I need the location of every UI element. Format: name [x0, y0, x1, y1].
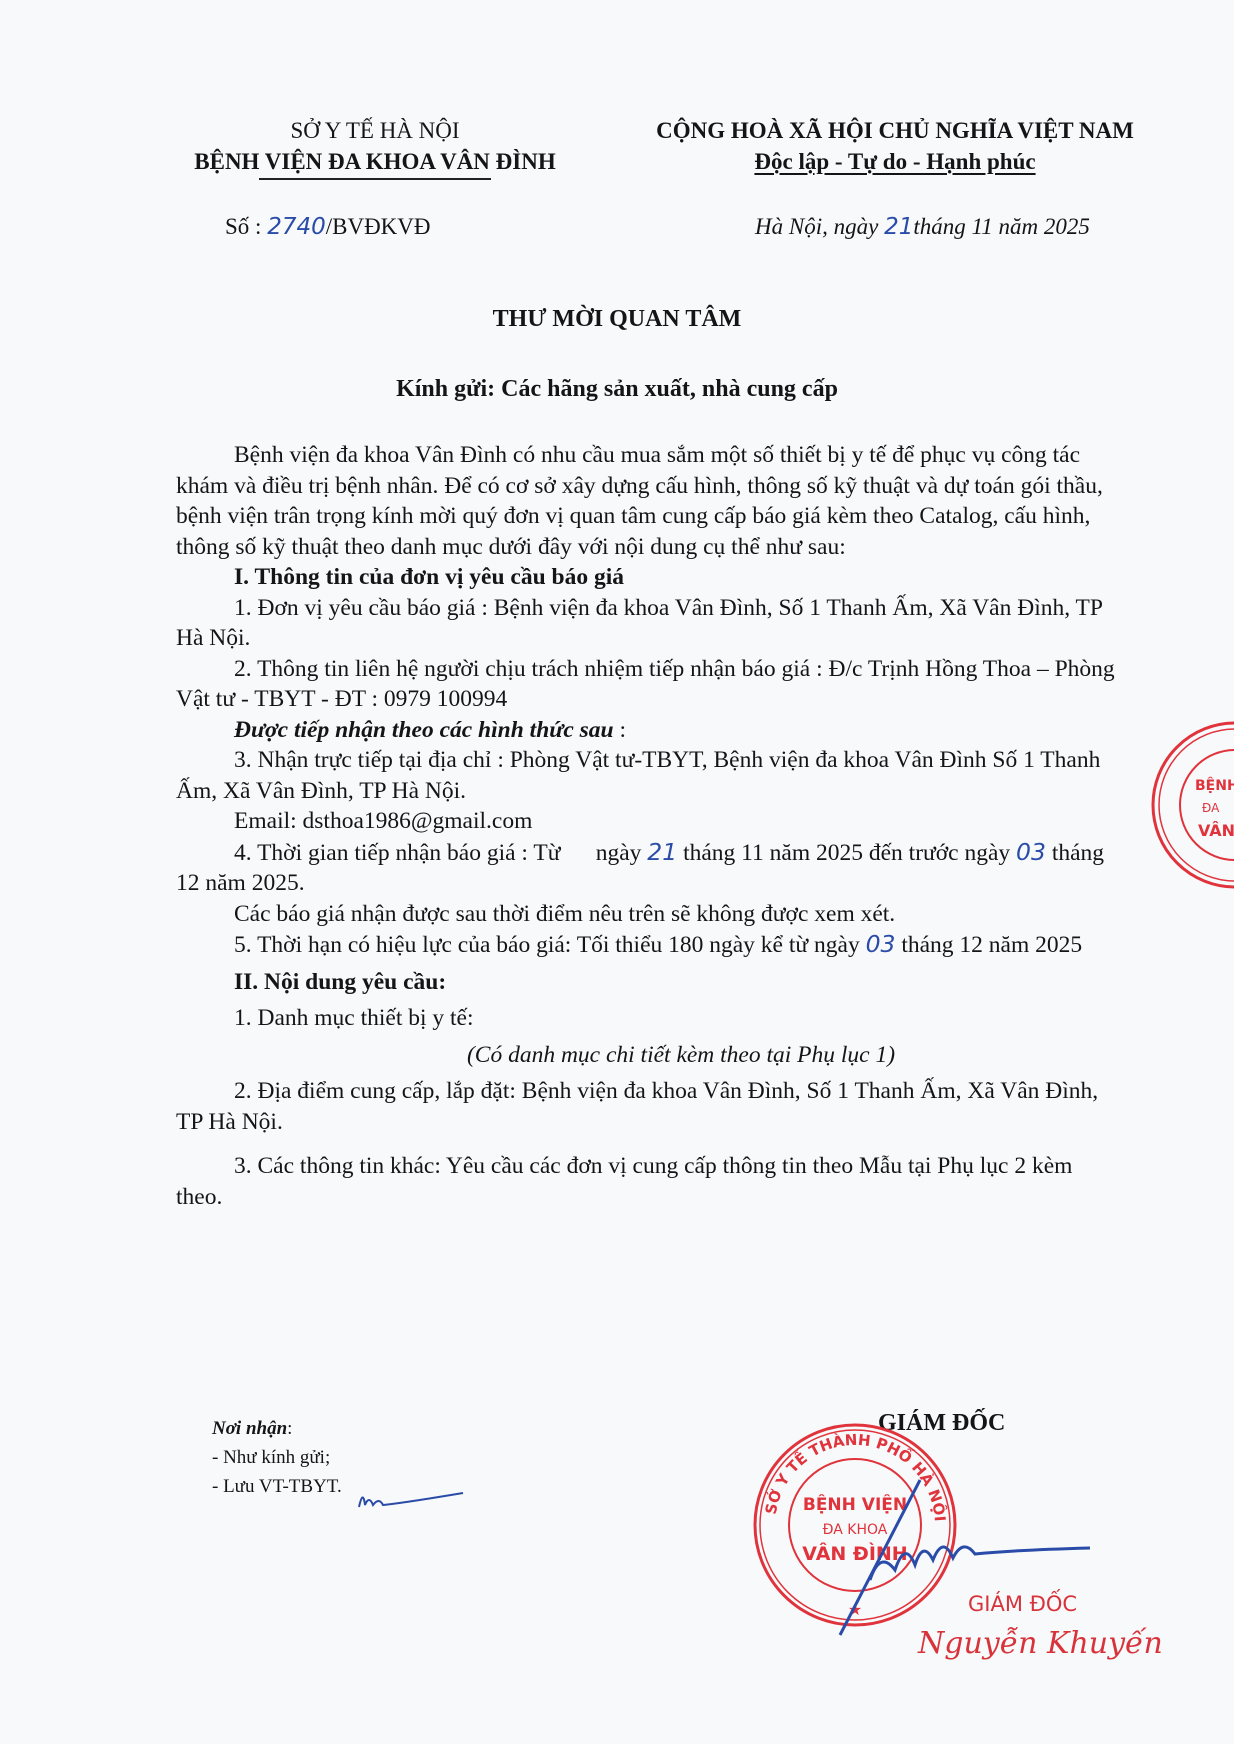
section-2-item-2: 2. Địa điểm cung cấp, lắp đặt: Bệnh viện…: [176, 1076, 1116, 1137]
national-heading: CỘNG HOÀ XÃ HỘI CHỦ NGHĨA VIỆT NAM Độc l…: [605, 116, 1185, 178]
recipients-label: Nơi nhận: [212, 1418, 287, 1439]
document-title: THƯ MỜI QUAN TÂM: [0, 306, 1234, 333]
section-1-item-2: 2. Thông tin liên hệ người chịu trách nh…: [176, 654, 1116, 715]
section-2-item-3: 3. Các thông tin khác: Yêu cầu các đơn v…: [176, 1151, 1116, 1212]
side-stamp-icon: BỆNH ĐA VÂN: [1140, 720, 1234, 890]
svg-text:BỆNH: BỆNH: [1195, 776, 1234, 794]
receive-methods-label: Được tiếp nhận theo các hình thức sau: [234, 717, 614, 743]
recipient-item: - Lưu VT-TBYT.: [212, 1472, 342, 1501]
issuer-block: SỞ Y TẾ HÀ NỘI BỆNH VIỆN ĐA KHOA VÂN ĐÌN…: [150, 116, 600, 178]
recipient-item: - Như kính gửi;: [212, 1443, 342, 1472]
section-1-item-4: 4. Thời gian tiếp nhận báo giá : Từ ngày…: [176, 837, 1116, 899]
section-1-item-3: 3. Nhận trực tiếp tại địa chỉ : Phòng Vậ…: [176, 745, 1116, 806]
signatory-stamp-title: GIÁM ĐỐC: [968, 1592, 1077, 1616]
svg-text:ĐA: ĐA: [1202, 801, 1220, 815]
section-2-item-1: 1. Danh mục thiết bị y tế:: [176, 1003, 1116, 1034]
svg-text:VÂN: VÂN: [1198, 821, 1234, 840]
handwritten-day: 21: [884, 214, 913, 240]
issue-date: Hà Nội, ngày 21tháng 11 năm 2025: [755, 214, 1090, 240]
section-1-item-5: 5. Thời hạn có hiệu lực của báo giá: Tối…: [176, 929, 1116, 961]
country-name: CỘNG HOÀ XÃ HỘI CHỦ NGHĨA VIỆT NAM: [605, 116, 1185, 146]
issuer-agency: SỞ Y TẾ HÀ NỘI: [150, 116, 600, 146]
section-1-item-1: 1. Đơn vị yêu cầu báo giá : Bệnh viện đa…: [176, 593, 1116, 654]
document-number: Số : 2740/BVĐKVĐ: [225, 214, 431, 240]
salutation: Kính gửi: Các hãng sản xuất, nhà cung cấ…: [0, 376, 1234, 403]
intro-paragraph: Bệnh viện đa khoa Vân Đình có nhu cầu mu…: [176, 440, 1116, 562]
signatory-name: Nguyễn Khuyến: [918, 1626, 1163, 1661]
contact-email: Email: dsthoa1986@gmail.com: [176, 806, 1116, 837]
initials-scribble-icon: [355, 1485, 475, 1515]
section-2-item-1-note: (Có danh mục chi tiết kèm theo tại Phụ l…: [176, 1040, 1116, 1071]
late-submission-note: Các báo giá nhận được sau thời điểm nêu …: [176, 899, 1116, 930]
issuer-hospital: BỆNH VIỆN ĐA KHOA VÂN ĐÌNH: [194, 146, 555, 178]
handwritten-number: 2740: [267, 214, 326, 240]
section-2-heading: II. Nội dung yêu cầu:: [176, 967, 1116, 998]
document-body: Bệnh viện đa khoa Vân Đình có nhu cầu mu…: [176, 440, 1116, 1212]
section-1-heading: I. Thông tin của đơn vị yêu cầu báo giá: [176, 562, 1116, 593]
recipients-block: Nơi nhận: - Như kính gửi; - Lưu VT-TBYT.: [212, 1414, 342, 1501]
national-motto: Độc lập - Tự do - Hạnh phúc: [754, 149, 1035, 174]
